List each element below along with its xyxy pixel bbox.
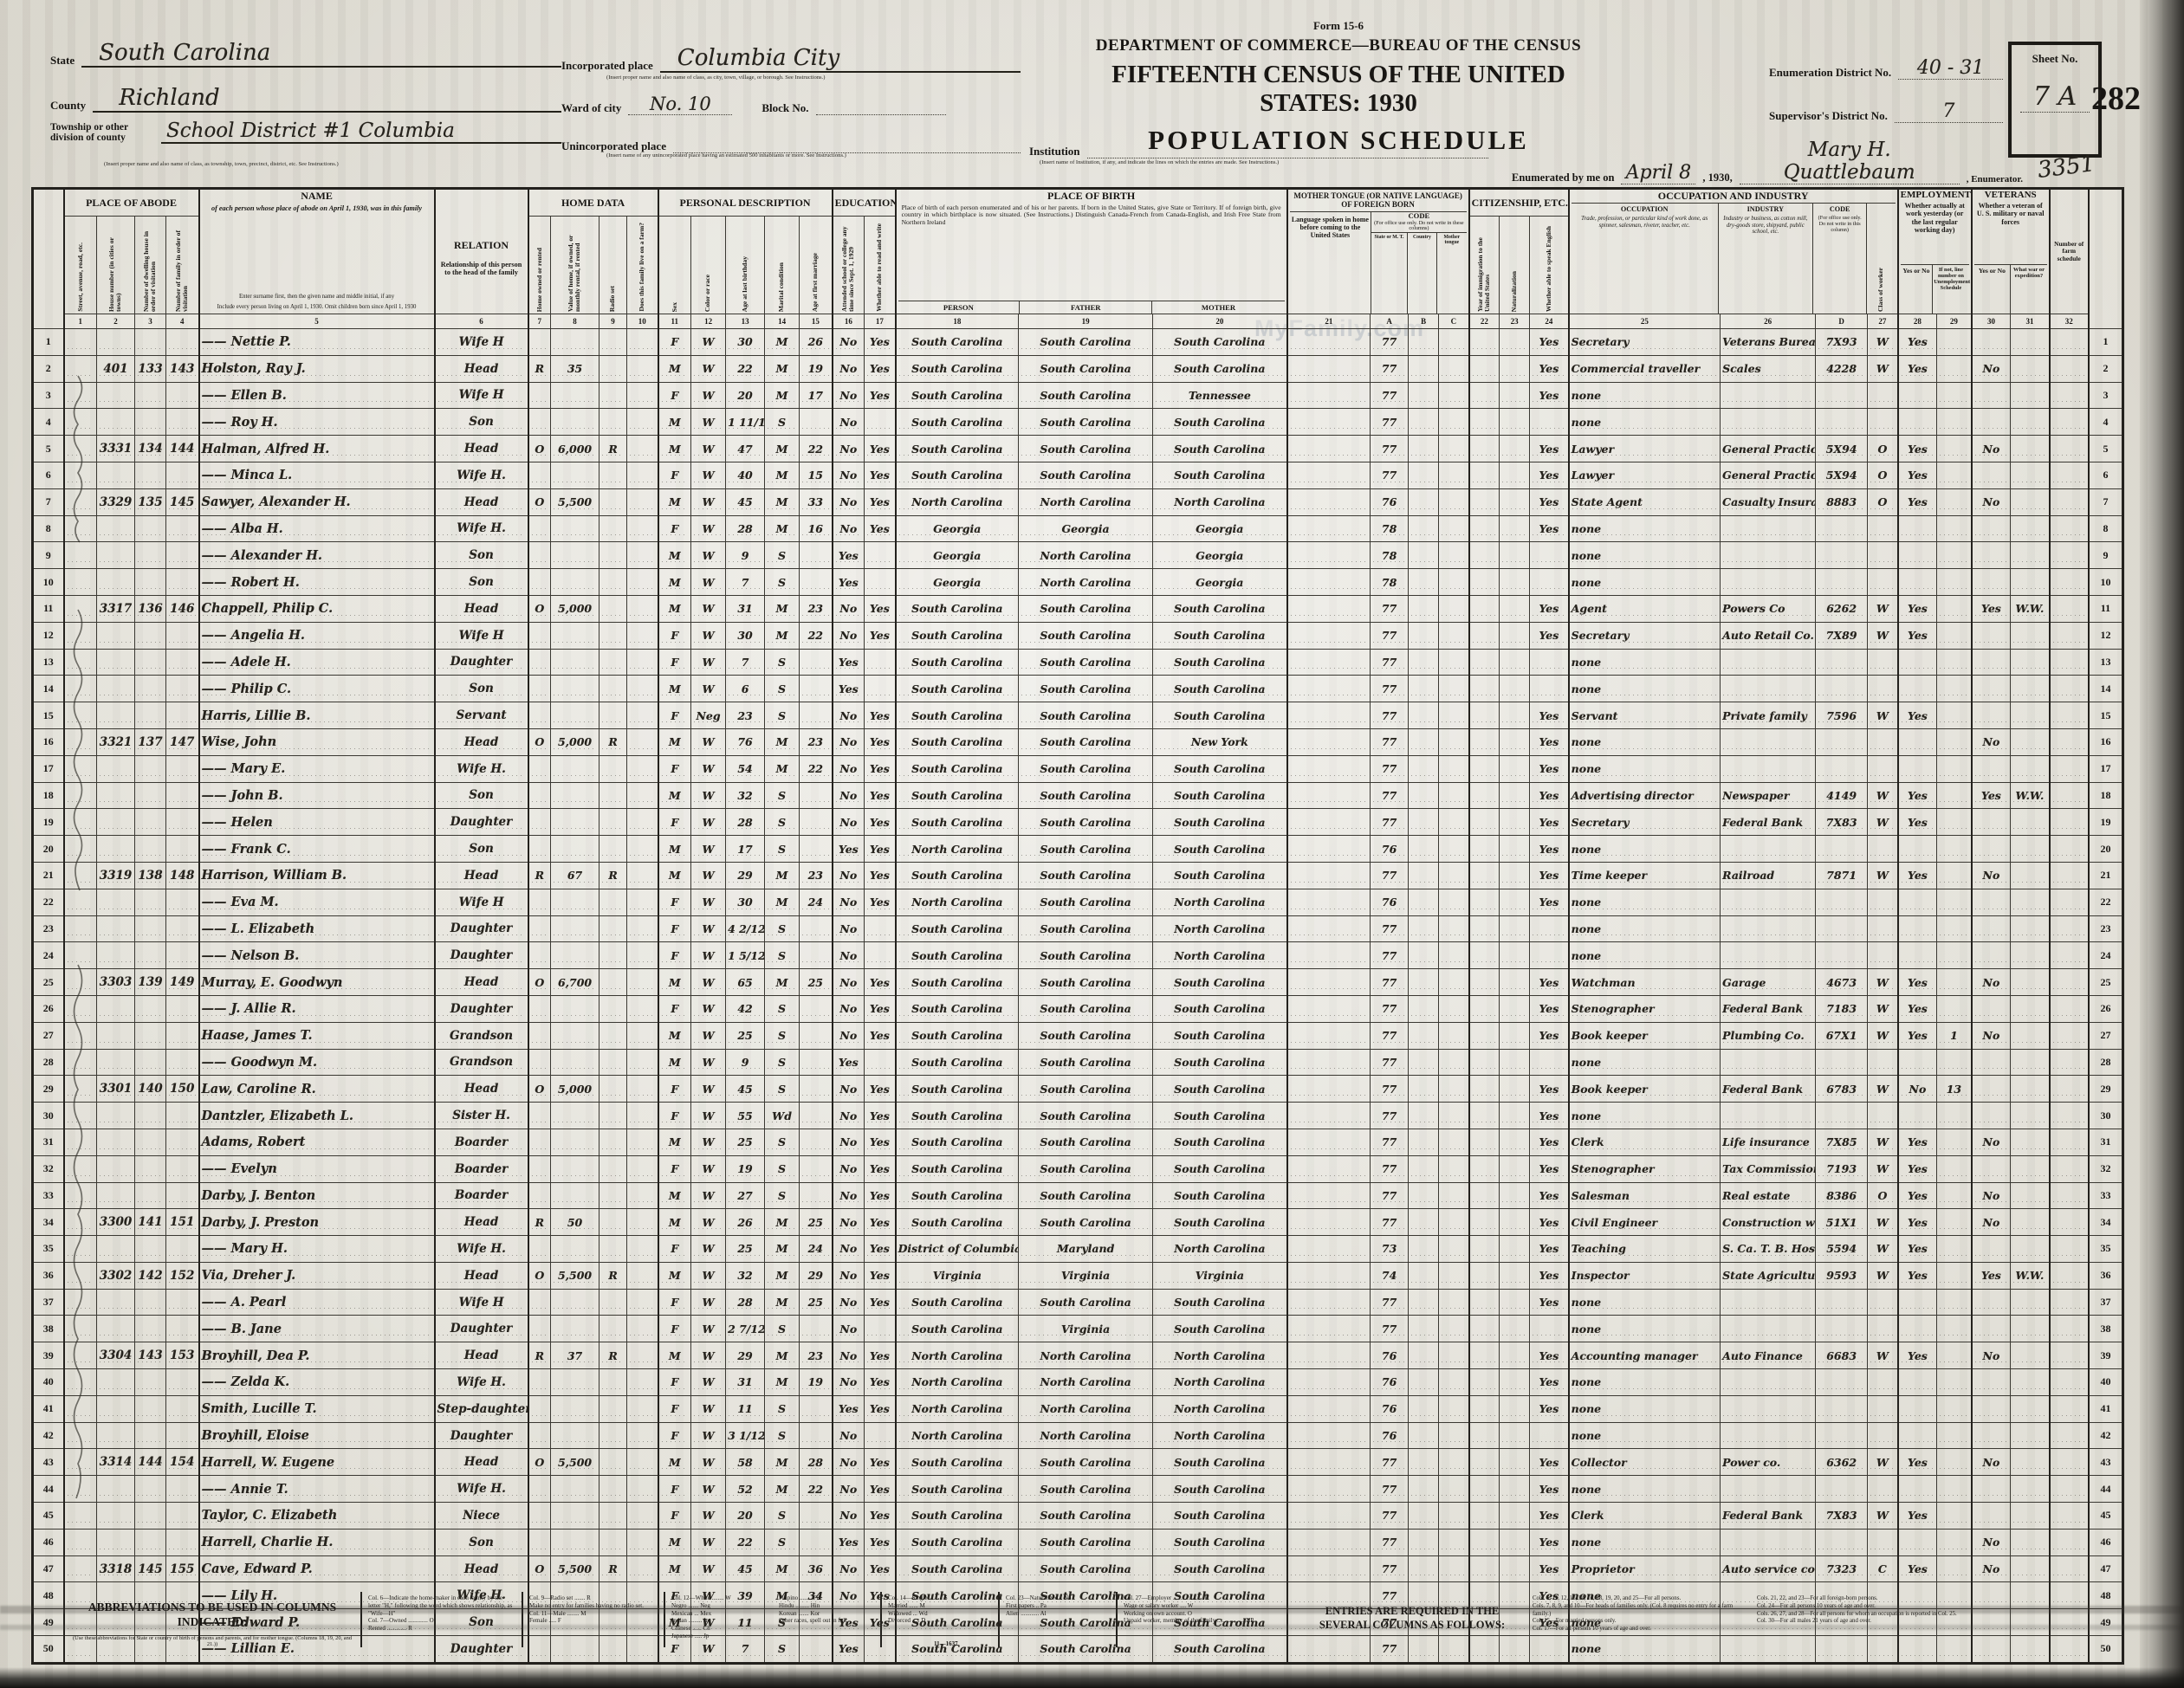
- cell-code-c: [1439, 622, 1469, 649]
- cell-at-work: [1898, 889, 1937, 915]
- employment-line-label: If not, line number on Unemployment Sche…: [1932, 265, 1969, 314]
- cell-home-value: [551, 702, 599, 729]
- cell-age: 28: [726, 1289, 765, 1316]
- cell-code-d: 8883: [1816, 488, 1868, 515]
- cell-family-number: 152: [166, 1262, 199, 1289]
- cell-home-value: [551, 462, 599, 488]
- cell-code-c: [1439, 836, 1469, 863]
- cell-school: No: [833, 1182, 865, 1209]
- cell-naturalization: [1500, 755, 1530, 782]
- cell-pob-mother: North Carolina: [1153, 942, 1287, 969]
- cell-war: [2011, 1103, 2050, 1129]
- cell-code-d: [1816, 942, 1868, 969]
- cell-speaks-english: Yes: [1530, 1022, 1569, 1049]
- cell-war: [2011, 1529, 2050, 1555]
- cell-code-c: [1439, 676, 1469, 702]
- cell-color: W: [691, 329, 726, 356]
- cell-age: 47: [726, 436, 765, 462]
- line-number: 38: [33, 1316, 64, 1342]
- cell-code-b: [1409, 809, 1439, 836]
- cell-unemployment-line: [1937, 1262, 1972, 1289]
- scan-smear: [0, 1625, 2184, 1630]
- cell-industry: [1721, 649, 1816, 676]
- cell-year-immigration: [1469, 1395, 1500, 1422]
- cell-pob-father: South Carolina: [1019, 1155, 1153, 1182]
- cell-occupation: none: [1569, 1289, 1721, 1316]
- cell-occupation: Stenographer: [1569, 1155, 1721, 1182]
- cell-naturalization: [1500, 1129, 1530, 1155]
- cell-home-value: 6,000: [551, 436, 599, 462]
- cell-at-work: Yes: [1898, 329, 1937, 356]
- cell-worker-class: [1868, 1422, 1898, 1449]
- cell-school: No: [833, 809, 865, 836]
- cell-home-value: [551, 569, 599, 596]
- cell-veteran: [1972, 1076, 2011, 1103]
- cell-dwelling-number: 133: [135, 355, 166, 382]
- cell-age: 30: [726, 889, 765, 915]
- cell-farm-schedule: [2050, 462, 2089, 488]
- cell-speaks-english: Yes: [1530, 809, 1569, 836]
- cell-dwelling-number: [135, 329, 166, 356]
- cell-school: No: [833, 1503, 865, 1530]
- cell-code-c: [1439, 1369, 1469, 1396]
- cell-occupation: none: [1569, 728, 1721, 755]
- cell-age: 22: [726, 355, 765, 382]
- cell-house-number: [97, 542, 135, 569]
- veterans-yes-no-label: Yes or No: [1974, 265, 2011, 314]
- cell-read-write: Yes: [865, 1289, 896, 1316]
- cell-code-d: 7596: [1816, 702, 1868, 729]
- cell-relation: Daughter: [435, 995, 528, 1022]
- cell-at-work: [1898, 649, 1937, 676]
- cell-unemployment-line: [1937, 1103, 1972, 1129]
- cell-farm: [627, 1262, 658, 1289]
- cell-home-owned: [528, 889, 551, 915]
- cell-language: [1287, 1049, 1371, 1076]
- cell-school: Yes: [833, 1529, 865, 1555]
- cell-age: 1 5/12: [726, 942, 765, 969]
- cell-year-immigration: [1469, 1182, 1500, 1209]
- cell-code-c: [1439, 1449, 1469, 1476]
- cell-naturalization: [1500, 1049, 1530, 1076]
- cell-naturalization: [1500, 676, 1530, 702]
- cell-year-immigration: [1469, 1209, 1500, 1236]
- cell-worker-class: W: [1868, 782, 1898, 809]
- cell-color: W: [691, 1049, 726, 1076]
- cell-occupation: Inspector: [1569, 1262, 1721, 1289]
- ward-value: No. 10: [628, 94, 732, 115]
- cell-war: [2011, 1395, 2050, 1422]
- cell-farm-schedule: [2050, 995, 2089, 1022]
- column-number: 9: [599, 314, 627, 329]
- cell-veteran: Yes: [1972, 1262, 2011, 1289]
- cell-color: Neg: [691, 702, 726, 729]
- cell-pob-mother: South Carolina: [1153, 755, 1287, 782]
- cell-pob-father: South Carolina: [1019, 1503, 1153, 1530]
- cell-farm-schedule: [2050, 542, 2089, 569]
- cell-dwelling-number: 138: [135, 862, 166, 889]
- column-number: 18: [896, 314, 1019, 329]
- cell-sex: F: [658, 889, 691, 915]
- cell-pob-father: South Carolina: [1019, 1476, 1153, 1503]
- cell-occupation: none: [1569, 1103, 1721, 1129]
- cell-pob-father: North Carolina: [1019, 1369, 1153, 1396]
- cell-code-d: 5X94: [1816, 462, 1868, 488]
- cell-age: 32: [726, 782, 765, 809]
- cell-war: [2011, 862, 2050, 889]
- cell-code-c: [1439, 1316, 1469, 1342]
- cell-pob-person: South Carolina: [896, 329, 1019, 356]
- cell-radio: [599, 1289, 627, 1316]
- cell-code-d: [1816, 649, 1868, 676]
- cell-age-married: [800, 1395, 833, 1422]
- line-number: 47: [2089, 1555, 2123, 1582]
- cell-read-write: Yes: [865, 1555, 896, 1582]
- mother-tongue-title: MOTHER TONGUE (OR NATIVE LANGUAGE) OF FO…: [1290, 190, 1467, 211]
- cell-relation: Wife H.: [435, 755, 528, 782]
- census-rows: 1—— Nettie P.Wife HFW30M26NoYesSouth Car…: [33, 329, 2123, 1664]
- cell-naturalization: [1500, 436, 1530, 462]
- cell-naturalization: [1500, 1395, 1530, 1422]
- cell-age: 1 11/12: [726, 409, 765, 436]
- cell-family-number: 146: [166, 595, 199, 622]
- cell-naturalization: [1500, 995, 1530, 1022]
- cell-code-a: 77: [1371, 1022, 1409, 1049]
- cell-occupation: Watchman: [1569, 969, 1721, 996]
- cell-pob-father: North Carolina: [1019, 488, 1153, 515]
- line-number: 41: [33, 1395, 64, 1422]
- cell-school: Yes: [833, 1395, 865, 1422]
- cell-speaks-english: Yes: [1530, 1236, 1569, 1263]
- cell-age-married: 25: [800, 1289, 833, 1316]
- cell-home-owned: [528, 569, 551, 596]
- cell-war: [2011, 1049, 2050, 1076]
- cell-dwelling-number: [135, 942, 166, 969]
- cell-farm: [627, 1422, 658, 1449]
- cell-code-d: [1816, 1289, 1868, 1316]
- cell-read-write: [865, 1049, 896, 1076]
- cell-age: 27: [726, 1182, 765, 1209]
- cell-marital: S: [765, 809, 800, 836]
- column-number: 31: [2011, 314, 2050, 329]
- cell-dwelling-number: [135, 1236, 166, 1263]
- cell-farm: [627, 462, 658, 488]
- line-number: 8: [2089, 515, 2123, 542]
- cell-code-a: 77: [1371, 995, 1409, 1022]
- cell-industry: Federal Bank: [1721, 1503, 1816, 1530]
- cell-year-immigration: [1469, 409, 1500, 436]
- cell-radio: [599, 1182, 627, 1209]
- cell-industry: [1721, 1049, 1816, 1076]
- line-number: 1: [2089, 329, 2123, 356]
- cell-farm: [627, 836, 658, 863]
- group-education: EDUCATION: [833, 189, 896, 217]
- cell-pob-father: South Carolina: [1019, 862, 1153, 889]
- cell-color: W: [691, 782, 726, 809]
- cell-age: 30: [726, 622, 765, 649]
- cell-year-immigration: [1469, 1449, 1500, 1476]
- cell-war: [2011, 1155, 2050, 1182]
- cell-dwelling-number: 141: [135, 1209, 166, 1236]
- cell-read-write: [865, 409, 896, 436]
- column-number: 20: [1153, 314, 1287, 329]
- cell-veteran: No: [1972, 969, 2011, 996]
- cell-family-number: [166, 1395, 199, 1422]
- cell-name: —— Adele H.: [199, 649, 435, 676]
- cell-family-number: 143: [166, 355, 199, 382]
- cell-farm: [627, 329, 658, 356]
- cell-pob-person: South Carolina: [896, 1103, 1019, 1129]
- cell-naturalization: [1500, 462, 1530, 488]
- cell-radio: [599, 462, 627, 488]
- cell-home-owned: R: [528, 1342, 551, 1369]
- cell-at-work: Yes: [1898, 1209, 1937, 1236]
- legend-box: Col. 6—Indicate the home-maker in each f…: [360, 1592, 522, 1647]
- cell-code-c: [1439, 702, 1469, 729]
- cell-name: —— Evelyn: [199, 1155, 435, 1182]
- cell-speaks-english: Yes: [1530, 1529, 1569, 1555]
- cell-sex: F: [658, 329, 691, 356]
- incorporated-field: Incorporated place Columbia City: [561, 45, 1021, 73]
- cell-industry: Life insurance: [1721, 1129, 1816, 1155]
- cell-at-work: [1898, 1395, 1937, 1422]
- cell-pob-person: Georgia: [896, 515, 1019, 542]
- cell-pob-mother: South Carolina: [1153, 862, 1287, 889]
- cell-street: [64, 329, 97, 356]
- cell-code-c: [1439, 542, 1469, 569]
- cell-home-value: [551, 542, 599, 569]
- cell-year-immigration: [1469, 569, 1500, 596]
- cell-worker-class: [1868, 1316, 1898, 1342]
- line-number: 20: [33, 836, 64, 863]
- cell-industry: [1721, 676, 1816, 702]
- cell-pob-father: Virginia: [1019, 1262, 1153, 1289]
- cell-family-number: [166, 382, 199, 409]
- employment-title: EMPLOYMENT: [1901, 190, 1969, 200]
- cell-home-value: [551, 1422, 599, 1449]
- cell-family-number: [166, 409, 199, 436]
- cell-family-number: [166, 1236, 199, 1263]
- cell-naturalization: [1500, 1316, 1530, 1342]
- cell-language: [1287, 515, 1371, 542]
- street-header: Street, avenue, road, etc.: [64, 217, 97, 314]
- cell-pob-mother: North Carolina: [1153, 1342, 1287, 1369]
- column-relation-header: RELATION Relationship of this person to …: [435, 189, 528, 314]
- line-number: 25: [33, 969, 64, 996]
- cell-pob-mother: Tennessee: [1153, 382, 1287, 409]
- cell-radio: R: [599, 1262, 627, 1289]
- cell-at-work: Yes: [1898, 1155, 1937, 1182]
- cell-industry: S. Ca. T. B. Hospital: [1721, 1236, 1816, 1263]
- cell-naturalization: [1500, 515, 1530, 542]
- cell-code-d: [1816, 1395, 1868, 1422]
- line-number: 46: [33, 1529, 64, 1555]
- cell-code-c: [1439, 969, 1469, 996]
- cell-speaks-english: Yes: [1530, 702, 1569, 729]
- cell-color: W: [691, 1422, 726, 1449]
- cell-name: Broyhill, Eloise: [199, 1422, 435, 1449]
- cell-veteran: No: [1972, 1449, 2011, 1476]
- cell-language: [1287, 1342, 1371, 1369]
- enumeration-district-label: Enumeration District No.: [1769, 66, 1891, 80]
- cell-code-d: 7X89: [1816, 622, 1868, 649]
- speak-english-header: Whether able to speak English: [1530, 217, 1569, 314]
- line-number: 40: [33, 1369, 64, 1396]
- code-note: (For office use only. Do not write in th…: [1371, 221, 1466, 233]
- cell-family-number: [166, 462, 199, 488]
- cell-war: [2011, 755, 2050, 782]
- cell-pob-person: Georgia: [896, 542, 1019, 569]
- cell-war: [2011, 728, 2050, 755]
- cell-naturalization: [1500, 915, 1530, 942]
- cell-color: W: [691, 995, 726, 1022]
- cell-pob-mother: South Carolina: [1153, 595, 1287, 622]
- cell-farm-schedule: [2050, 569, 2089, 596]
- cell-code-c: [1439, 436, 1469, 462]
- cell-occupation: none: [1569, 1476, 1721, 1503]
- cell-year-immigration: [1469, 995, 1500, 1022]
- cell-worker-class: [1868, 409, 1898, 436]
- cell-industry: Private family: [1721, 702, 1816, 729]
- cell-code-a: 76: [1371, 836, 1409, 863]
- cell-unemployment-line: 1: [1937, 1022, 1972, 1049]
- line-number: 46: [2089, 1529, 2123, 1555]
- cell-veteran: No: [1972, 355, 2011, 382]
- cell-home-owned: [528, 1129, 551, 1155]
- cell-code-a: 77: [1371, 355, 1409, 382]
- cell-marital: M: [765, 1476, 800, 1503]
- cell-language: [1287, 1422, 1371, 1449]
- cell-dwelling-number: [135, 1182, 166, 1209]
- cell-home-value: 5,000: [551, 728, 599, 755]
- cell-code-a: 73: [1371, 1236, 1409, 1263]
- cell-code-c: [1439, 1209, 1469, 1236]
- scan-edge-bottom: [0, 1667, 2184, 1688]
- cell-sex: F: [658, 702, 691, 729]
- line-number: 21: [2089, 862, 2123, 889]
- cell-age: 45: [726, 1555, 765, 1582]
- cell-age-married: 19: [800, 1369, 833, 1396]
- legend-box: Col. 9—Radio set ....... R Make no entry…: [522, 1592, 664, 1647]
- cell-speaks-english: Yes: [1530, 728, 1569, 755]
- cell-age-married: 28: [800, 1449, 833, 1476]
- cell-home-owned: [528, 1369, 551, 1396]
- cell-code-d: 7X83: [1816, 1503, 1868, 1530]
- cell-radio: [599, 1529, 627, 1555]
- enumerated-date: April 8: [1621, 162, 1695, 184]
- cell-read-write: [865, 915, 896, 942]
- cell-pob-person: South Carolina: [896, 1182, 1019, 1209]
- cell-code-c: [1439, 889, 1469, 915]
- code-c-label: Mother tongue: [1436, 233, 1466, 314]
- cell-pob-person: South Carolina: [896, 915, 1019, 942]
- cell-worker-class: W: [1868, 1209, 1898, 1236]
- cell-relation: Head: [435, 1076, 528, 1103]
- cell-sex: F: [658, 942, 691, 969]
- cell-radio: [599, 1422, 627, 1449]
- cell-farm-schedule: [2050, 1422, 2089, 1449]
- cell-speaks-english: Yes: [1530, 1503, 1569, 1530]
- cell-home-owned: [528, 462, 551, 488]
- industry-caption: Industry or business, as cotton mill, dr…: [1721, 216, 1811, 235]
- cell-year-immigration: [1469, 329, 1500, 356]
- cell-code-a: 78: [1371, 542, 1409, 569]
- legend-box: Col. 14—Single ......... S Married .....…: [880, 1592, 998, 1647]
- cell-read-write: [865, 569, 896, 596]
- cell-code-d: 5X94: [1816, 436, 1868, 462]
- cell-dwelling-number: 136: [135, 595, 166, 622]
- cell-year-immigration: [1469, 542, 1500, 569]
- incorporated-label: Incorporated place: [561, 59, 653, 73]
- cell-house-number: [97, 1316, 135, 1342]
- cell-occupation: Commercial traveller: [1569, 355, 1721, 382]
- cell-pob-mother: New York: [1153, 728, 1287, 755]
- cell-dwelling-number: [135, 1049, 166, 1076]
- cell-age: 58: [726, 1449, 765, 1476]
- cell-worker-class: [1868, 1103, 1898, 1129]
- cell-family-number: [166, 809, 199, 836]
- cell-dwelling-number: [135, 622, 166, 649]
- cell-age-married: [800, 1076, 833, 1103]
- column-number: 21: [1287, 314, 1371, 329]
- cell-home-owned: O: [528, 1262, 551, 1289]
- cell-color: W: [691, 462, 726, 488]
- cell-age: 19: [726, 1155, 765, 1182]
- group-employment: EMPLOYMENT Whether actually at work yest…: [1898, 189, 1972, 314]
- cell-year-immigration: [1469, 942, 1500, 969]
- cell-industry: Veterans Bureau: [1721, 329, 1816, 356]
- cell-unemployment-line: [1937, 1369, 1972, 1396]
- cell-unemployment-line: 13: [1937, 1076, 1972, 1103]
- table-row: 14—— Philip C.SonMW6SYesSouth CarolinaSo…: [33, 676, 2123, 702]
- cell-code-d: 4228: [1816, 355, 1868, 382]
- cell-language: [1287, 1529, 1371, 1555]
- cell-at-work: Yes: [1898, 462, 1937, 488]
- cell-color: W: [691, 1342, 726, 1369]
- cell-year-immigration: [1469, 1422, 1500, 1449]
- cell-war: [2011, 915, 2050, 942]
- cell-industry: State Agriculture: [1721, 1262, 1816, 1289]
- line-number: 19: [33, 809, 64, 836]
- cell-war: [2011, 1422, 2050, 1449]
- house-number-header: House number (in cities or towns): [97, 217, 135, 314]
- cell-age: 65: [726, 969, 765, 996]
- cell-code-a: 77: [1371, 1555, 1409, 1582]
- cell-naturalization: [1500, 836, 1530, 863]
- cell-industry: [1721, 542, 1816, 569]
- cell-pob-person: North Carolina: [896, 1369, 1019, 1396]
- cell-home-value: [551, 515, 599, 542]
- cell-marital: M: [765, 1209, 800, 1236]
- cell-name: Halman, Alfred H.: [199, 436, 435, 462]
- line-number: 21: [33, 862, 64, 889]
- cell-worker-class: [1868, 728, 1898, 755]
- cell-at-work: [1898, 755, 1937, 782]
- cell-marital: M: [765, 515, 800, 542]
- cell-at-work: [1898, 942, 1937, 969]
- cell-marital: M: [765, 728, 800, 755]
- column-number: 29: [1937, 314, 1972, 329]
- column-number: 23: [1500, 314, 1530, 329]
- cell-language: [1287, 1076, 1371, 1103]
- line-number: 28: [33, 1049, 64, 1076]
- cell-code-d: [1816, 1422, 1868, 1449]
- cell-at-work: [1898, 1529, 1937, 1555]
- cell-code-d: 6362: [1816, 1449, 1868, 1476]
- cell-marital: S: [765, 836, 800, 863]
- cell-name: —— B. Jane: [199, 1316, 435, 1342]
- cell-industry: [1721, 569, 1816, 596]
